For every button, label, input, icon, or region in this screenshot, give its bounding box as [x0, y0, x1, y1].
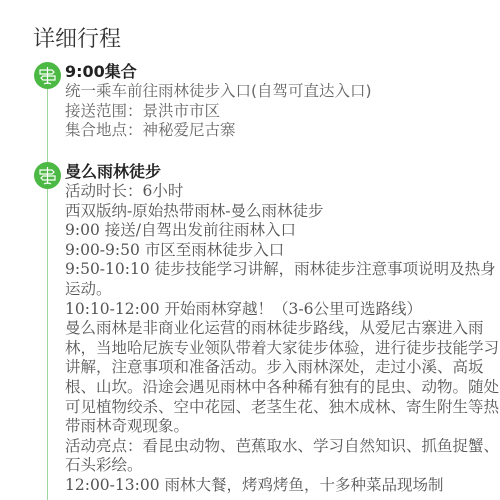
step-title: 9:00集合: [65, 62, 500, 82]
signpost-icon: [34, 162, 61, 189]
step-text: 12:00-13:00 雨林大餐，烤鸡烤鱼，十多种菜品现场制: [65, 476, 500, 496]
step-text: 活动时长：6小时: [65, 182, 500, 202]
step-text: 9:50-10:10 徒步技能学习讲解，雨林徒步注意事项说明及热身运动。: [65, 260, 500, 299]
signpost-icon: [34, 62, 61, 89]
step-text: 9:00-9:50 市区至雨林徒步入口: [65, 241, 500, 261]
step-text: 西双版纳-原始热带雨林-曼么雨林徒步: [65, 202, 500, 222]
page-title: 详细行程: [33, 26, 121, 54]
step-text: 集合地点：神秘爱尼古寨: [65, 121, 500, 141]
step-text: 9:00 接送/自驾出发前往雨林入口: [65, 221, 500, 241]
step-text: 10:10-12:00 开始雨林穿越！（3-6公里可选路线）: [65, 300, 500, 320]
step-text: 曼么雨林是非商业化运营的雨林徒步路线，从爱尼古寨进入雨林，当地哈尼族专业领队带着…: [65, 319, 500, 437]
timeline-line: [47, 82, 48, 500]
step-text: 统一乘车前往雨林徒步入口(自驾可直达入口): [65, 82, 500, 102]
step-text: 接送范围：景洪市市区: [65, 102, 500, 122]
step-title: 曼么雨林徒步: [65, 162, 500, 182]
step-text: 活动亮点：看昆虫动物、芭蕉取水、学习自然知识、抓鱼捉蟹、石头彩绘。: [65, 437, 500, 476]
